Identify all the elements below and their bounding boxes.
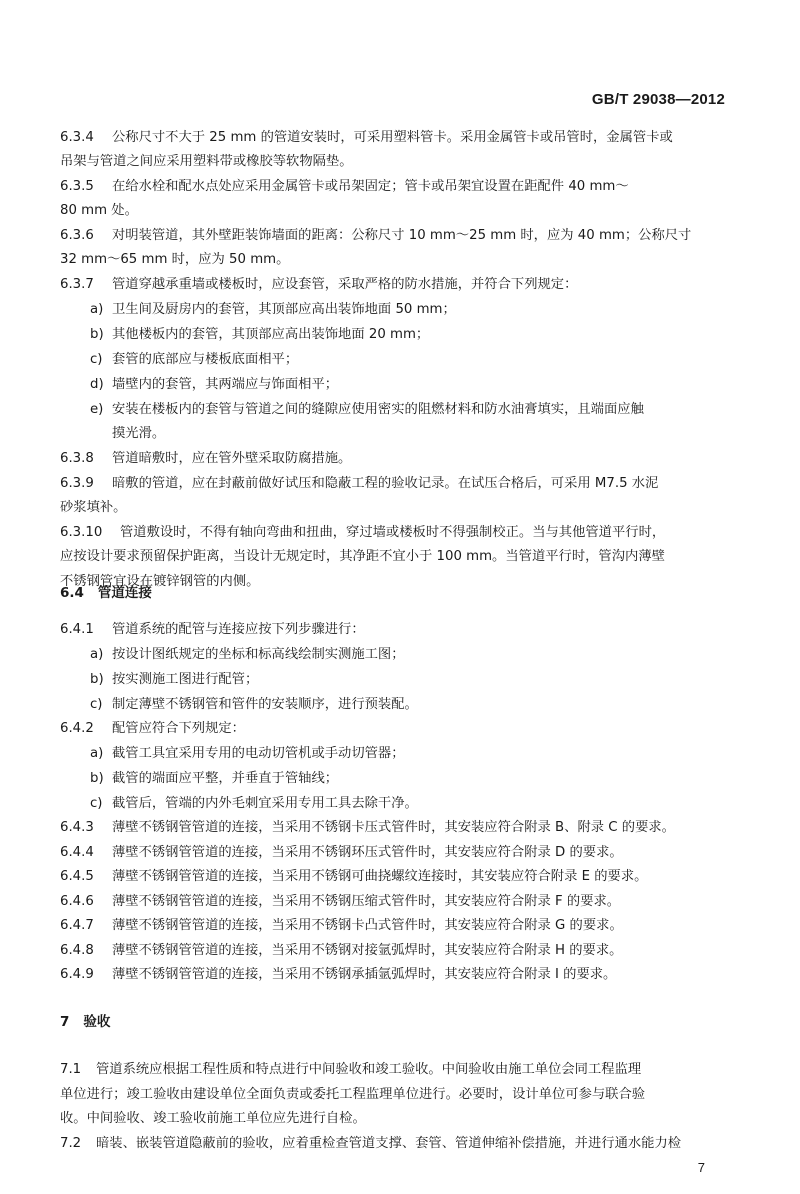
clause-6-4-9: 6.4.9薄壁不锈钢管管道的连接，当采用不锈钢承插氩弧焊时，其安装应符合附录 I…	[60, 965, 616, 985]
clause-number: 6.3.10	[60, 523, 114, 543]
clause-6-4-2: 6.4.2配管应符合下列规定：	[60, 719, 245, 739]
clause-number: 6.3.7	[60, 275, 106, 295]
list-item: b)截管的端面应平整，并垂直于管轴线；	[90, 769, 338, 789]
list-item: a)卫生间及厨房内的套管，其顶部应高出装饰地面 50 mm；	[90, 300, 456, 320]
section-heading-6-4: 6.4管道连接	[60, 583, 152, 603]
clause-number: 6.3.5	[60, 177, 106, 197]
clause-6-4-4: 6.4.4薄壁不锈钢管管道的连接，当采用不锈钢环压式管件时，其安装应符合附录 D…	[60, 843, 623, 863]
clause-6-3-4: 6.3.4公称尺寸不大于 25 mm 的管道安装时，可采用塑料管卡。采用金属管卡…	[60, 128, 673, 148]
clause-number: 6.3.6	[60, 226, 106, 246]
document-page: GB/T 29038—2012 6.3.4公称尺寸不大于 25 mm 的管道安装…	[0, 0, 800, 1194]
page-number: 7	[698, 1160, 705, 1175]
list-item: b)按实测施工图进行配管；	[90, 670, 258, 690]
clause-6-3-9: 6.3.9暗敷的管道，应在封蔽前做好试压和隐蔽工程的验收记录。在试压合格后，可采…	[60, 474, 658, 494]
list-item-cont: 摸光滑。	[112, 424, 165, 444]
clause-number: 6.3.9	[60, 474, 106, 494]
clause-7-1-cont: 收。中间验收、竣工验收前施工单位应先进行自检。	[60, 1109, 366, 1129]
list-item: a)按设计图纸规定的坐标和标高线绘制实测施工图；	[90, 645, 405, 665]
clause-number: 6.4.7	[60, 916, 106, 936]
clause-number: 6.3.4	[60, 128, 106, 148]
list-item: b)其他楼板内的套管，其顶部应高出装饰地面 20 mm；	[90, 325, 429, 345]
clause-number: 6.4.2	[60, 719, 106, 739]
clause-6-4-3: 6.4.3薄壁不锈钢管管道的连接，当采用不锈钢卡压式管件时，其安装应符合附录 B…	[60, 818, 675, 838]
clause-6-3-9-cont: 砂浆填补。	[60, 498, 126, 518]
clause-number: 6.4.8	[60, 941, 106, 961]
clause-6-4-5: 6.4.5薄壁不锈钢管管道的连接，当采用不锈钢可曲挠螺纹连接时，其安装应符合附录…	[60, 867, 647, 887]
clause-number: 7.1	[60, 1060, 90, 1080]
clause-6-3-6: 6.3.6对明装管道，其外壁距装饰墙面的距离：公称尺寸 10 mm～25 mm …	[60, 226, 691, 246]
clause-6-3-6-cont: 32 mm～65 mm 时，应为 50 mm。	[60, 250, 289, 270]
list-item: e)安装在楼板内的套管与管道之间的缝隙应使用密实的阻燃材料和防水油膏填实，且端面…	[90, 400, 644, 420]
list-item: c)套管的底部应与楼板底面相平；	[90, 350, 298, 370]
clause-7-2: 7.2暗装、嵌装管道隐蔽前的验收，应着重检查管道支撑、套管、管道伸缩补偿措施，并…	[60, 1134, 681, 1154]
clause-6-4-7: 6.4.7薄壁不锈钢管管道的连接，当采用不锈钢卡凸式管件时，其安装应符合附录 G…	[60, 916, 623, 936]
clause-number: 6.4.9	[60, 965, 106, 985]
clause-6-3-10-cont: 应按设计要求预留保护距离，当设计无规定时，其净距不宜小于 100 mm。当管道平…	[60, 547, 665, 567]
clause-number: 6.4.3	[60, 818, 106, 838]
clause-6-3-4-cont: 吊架与管道之间应采用塑料带或橡胶等软物隔垫。	[60, 152, 353, 172]
clause-number: 6.3.8	[60, 449, 106, 469]
clause-number: 6.4.6	[60, 892, 106, 912]
clause-7-1-cont: 单位进行；竣工验收由建设单位全面负责或委托工程监理单位进行。必要时，设计单位可参…	[60, 1085, 645, 1105]
clause-6-4-1: 6.4.1管道系统的配管与连接应按下列步骤进行：	[60, 620, 365, 640]
list-item: a)截管工具宜采用专用的电动切管机或手动切管器；	[90, 744, 405, 764]
clause-7-1: 7.1管道系统应根据工程性质和特点进行中间验收和竣工验收。中间验收由施工单位会同…	[60, 1060, 641, 1080]
standard-code: GB/T 29038—2012	[592, 91, 725, 108]
clause-number: 6.4.4	[60, 843, 106, 863]
clause-number: 6.4.1	[60, 620, 106, 640]
section-heading-7: 7验收	[60, 1012, 110, 1032]
clause-number: 6.4.5	[60, 867, 106, 887]
clause-6-3-5: 6.3.5在给水栓和配水点处应采用金属管卡或吊架固定；管卡或吊架宜设置在距配件 …	[60, 177, 629, 197]
clause-6-4-6: 6.4.6薄壁不锈钢管管道的连接，当采用不锈钢压缩式管件时，其安装应符合附录 F…	[60, 892, 620, 912]
list-item: c)截管后，管端的内外毛刺宜采用专用工具去除干净。	[90, 794, 418, 814]
clause-6-3-7: 6.3.7管道穿越承重墙或楼板时，应设套管，采取严格的防水措施，并符合下列规定：	[60, 275, 577, 295]
clause-number: 7.2	[60, 1134, 90, 1154]
list-item: c)制定薄壁不锈钢管和管件的安装顺序，进行预装配。	[90, 695, 418, 715]
list-item: d)墙壁内的套管，其两端应与饰面相平；	[90, 375, 338, 395]
clause-6-3-5-cont: 80 mm 处。	[60, 201, 138, 221]
clause-6-3-10: 6.3.10管道敷设时，不得有轴向弯曲和扭曲，穿过墙或楼板时不得强制校正。当与其…	[60, 523, 665, 543]
clause-6-4-8: 6.4.8薄壁不锈钢管管道的连接，当采用不锈钢对接氩弧焊时，其安装应符合附录 H…	[60, 941, 622, 961]
clause-6-3-8: 6.3.8管道暗敷时，应在管外壁采取防腐措施。	[60, 449, 351, 469]
